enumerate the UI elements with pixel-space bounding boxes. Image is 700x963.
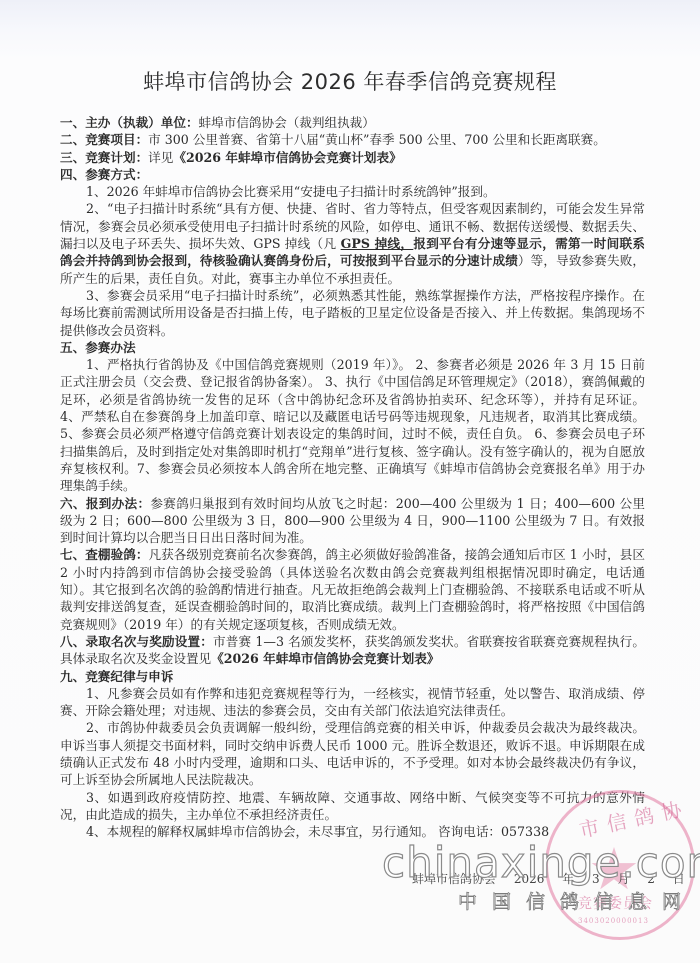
section-heading: 八、录取名次与奖励设置： bbox=[60, 634, 213, 649]
list-item: 2、“电子扫描计时系统“具有方便、快捷、省时、省力等特点，但受客观因素制约，可能… bbox=[60, 200, 645, 286]
watermark-site-name: 中国信鸽信息网 bbox=[458, 887, 696, 914]
section-inspection: 七、查棚验鸽：凡获各级别竞赛前名次参赛鸽，鸽主必须做好验鸽准备，接鸽会通知后市区… bbox=[60, 546, 645, 632]
section-plan: 三、竞赛计划：详见《2026 年蚌埠市信鸽协会竞赛计划表》 bbox=[60, 149, 645, 166]
page-title: 蚌埠市信鸽协会 2026 年春季信鸽竞赛规程 bbox=[0, 66, 700, 96]
section-organizer: 一、主办（执裁）单位：蚌埠市信鸽协会（裁判组执裁） bbox=[60, 114, 645, 131]
section-heading: 二、竞赛项目： bbox=[60, 132, 148, 147]
document-page: 蚌埠市信鸽协会 2026 年春季信鸽竞赛规程 一、主办（执裁）单位：蚌埠市信鸽协… bbox=[0, 0, 700, 963]
watermark-domain: chinaxinge.com bbox=[382, 838, 700, 887]
section-awards: 八、录取名次与奖励设置：市普赛 1—3 名颁发奖杯，获奖鸽颁发奖状。省联赛按省联… bbox=[60, 633, 645, 668]
section-heading: 六、报到办法： bbox=[60, 496, 150, 511]
section-heading: 五、参赛办法 bbox=[60, 339, 645, 356]
list-item: 2、市鸽协仲裁委员会负责调解一般纠纷，受理信鸽竞赛的相关申诉，仲裁委员会裁决为最… bbox=[60, 719, 645, 788]
seal-code: 3403020000013 bbox=[578, 917, 649, 925]
section-heading: 一、主办（执裁）单位： bbox=[60, 115, 199, 130]
paragraph: 1、严格执行省鸽协及《中国信鸽竞赛规则（2019 年）》。 2、参赛者必须是 2… bbox=[60, 356, 645, 494]
document-body: 一、主办（执裁）单位：蚌埠市信鸽协会（裁判组执裁） 二、竞赛项目：市 300 公… bbox=[60, 114, 645, 840]
section-reporting: 六、报到办法：参赛鸽归巢报到有效时间均从放飞之时起：200—400 公里级为 1… bbox=[60, 495, 645, 547]
list-item: 1、2026 年蚌埠市信鸽协会比赛采用“安捷电子扫描计时系统鸽钟”报到。 bbox=[60, 183, 645, 200]
section-heading: 七、查棚验鸽： bbox=[60, 547, 149, 562]
list-item: 3、参赛会员采用“电子扫描计时系统”，必须熟悉其性能，熟练掌握操作方法，严格按程… bbox=[60, 287, 645, 339]
section-heading: 九、竞赛纪律与申诉 bbox=[60, 668, 645, 685]
section-heading: 三、竞赛计划： bbox=[60, 150, 148, 165]
list-item: 1、凡参赛会员如有作弊和违犯竞赛规程等行为，一经核实，视情节轻重，处以警告、取消… bbox=[60, 685, 645, 720]
list-item: 3、如遇到政府疫情防控、地震、车辆故障、交通事故、网络中断、气候突变等不可抗力的… bbox=[60, 789, 645, 824]
section-events: 二、竞赛项目：市 300 公里普赛、省第十八届“黄山杯”春季 500 公里、70… bbox=[60, 131, 645, 148]
section-heading: 四、参赛方式： bbox=[60, 166, 645, 183]
